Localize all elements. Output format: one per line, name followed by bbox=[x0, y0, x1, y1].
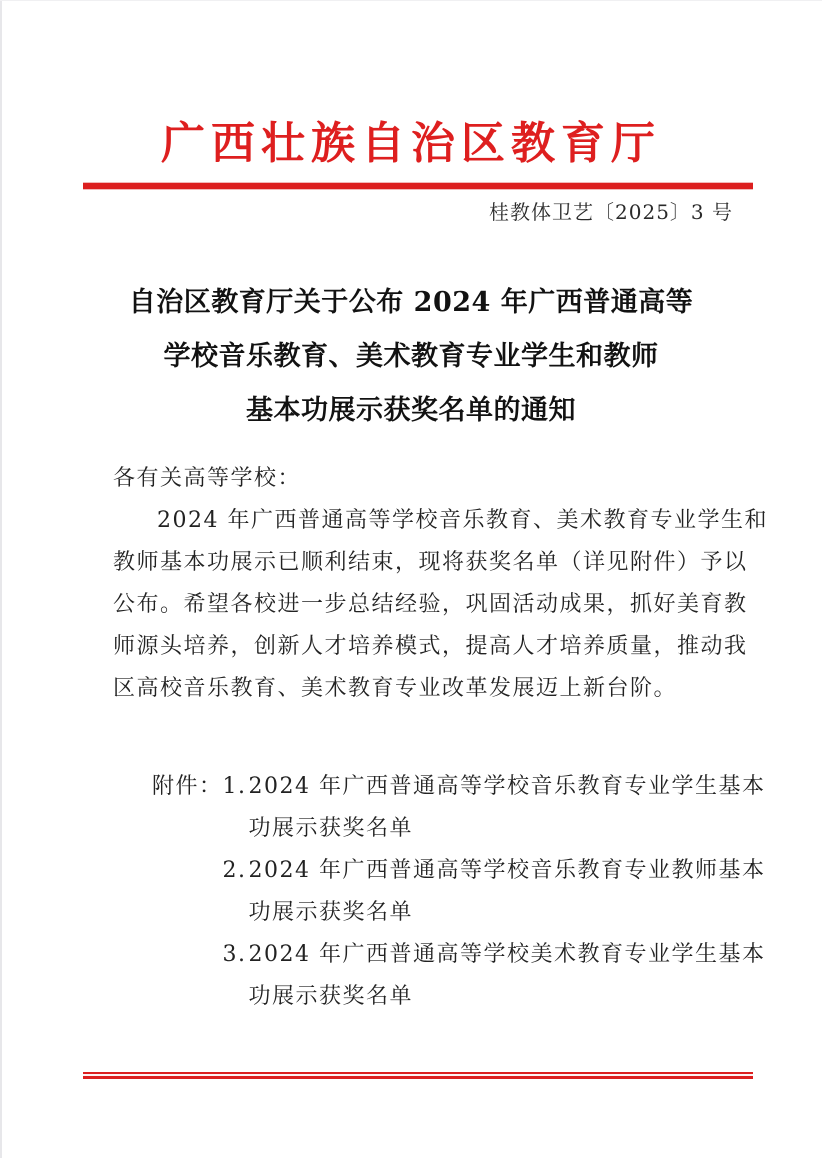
document-number: 桂教体卫艺〔2025〕3 号 bbox=[489, 199, 733, 225]
scan-edge-left bbox=[0, 0, 2, 1158]
attachment-line: 2024 年广西普通高等学校音乐教育专业教师基本 bbox=[249, 850, 766, 892]
paragraph-line: 师源头培养，创新人才培养模式，提高人才培养质量，推动我 bbox=[113, 626, 733, 668]
attachment-item: 3. 2024 年广西普通高等学校美术教育专业学生基本 功展示获奖名单 bbox=[223, 934, 766, 1018]
attachment-number: 3. bbox=[223, 934, 247, 976]
title-line: 基本功展示获奖名单的通知 bbox=[0, 384, 822, 438]
notice-title: 自治区教育厅关于公布 2024 年广西普通高等 学校音乐教育、美术教育专业学生和… bbox=[0, 276, 822, 438]
attachment-line: 功展示获奖名单 bbox=[249, 892, 766, 934]
letterhead-rule bbox=[83, 183, 753, 189]
attachment-text: 2024 年广西普通高等学校美术教育专业学生基本 功展示获奖名单 bbox=[247, 934, 766, 1018]
attachment-line: 功展示获奖名单 bbox=[249, 808, 766, 850]
attachment-text: 2024 年广西普通高等学校音乐教育专业教师基本 功展示获奖名单 bbox=[247, 850, 766, 934]
attachment-line: 功展示获奖名单 bbox=[249, 976, 766, 1018]
attachments-label: 附件： bbox=[152, 766, 223, 808]
document-page: 广西壮族自治区教育厅 桂教体卫艺〔2025〕3 号 自治区教育厅关于公布 202… bbox=[0, 0, 822, 1158]
paragraph-line: 2024 年广西普通高等学校音乐教育、美术教育专业学生和 bbox=[113, 500, 733, 542]
paragraph-line: 公布。希望各校进一步总结经验，巩固活动成果，抓好美育教 bbox=[113, 584, 733, 626]
title-line: 学校音乐教育、美术教育专业学生和教师 bbox=[0, 330, 822, 384]
paragraph-line: 区高校音乐教育、美术教育专业改革发展迈上新台阶。 bbox=[113, 668, 733, 710]
salutation: 各有关高等学校： bbox=[113, 458, 733, 500]
attachment-number: 2. bbox=[223, 850, 247, 892]
agency-name: 广西壮族自治区教育厅 bbox=[0, 118, 822, 170]
footer-rule bbox=[83, 1072, 753, 1079]
scan-edge-top bbox=[0, 0, 822, 1]
title-line: 自治区教育厅关于公布 2024 年广西普通高等 bbox=[0, 276, 822, 330]
attachment-item: 2. 2024 年广西普通高等学校音乐教育专业教师基本 功展示获奖名单 bbox=[223, 850, 766, 934]
attachment-item: 1. 2024 年广西普通高等学校音乐教育专业学生基本 功展示获奖名单 bbox=[223, 766, 766, 850]
attachments-section: 附件： 1. 2024 年广西普通高等学校音乐教育专业学生基本 功展示获奖名单 … bbox=[152, 766, 766, 1018]
attachment-line: 2024 年广西普通高等学校音乐教育专业学生基本 bbox=[249, 766, 766, 808]
attachment-text: 2024 年广西普通高等学校音乐教育专业学生基本 功展示获奖名单 bbox=[247, 766, 766, 850]
attachment-number: 1. bbox=[223, 766, 247, 808]
attachment-line: 2024 年广西普通高等学校美术教育专业学生基本 bbox=[249, 934, 766, 976]
attachments-list: 1. 2024 年广西普通高等学校音乐教育专业学生基本 功展示获奖名单 2. 2… bbox=[223, 766, 766, 1018]
body-text: 各有关高等学校： 2024 年广西普通高等学校音乐教育、美术教育专业学生和 教师… bbox=[113, 458, 733, 710]
paragraph-line: 教师基本功展示已顺利结束，现将获奖名单（详见附件）予以 bbox=[113, 542, 733, 584]
